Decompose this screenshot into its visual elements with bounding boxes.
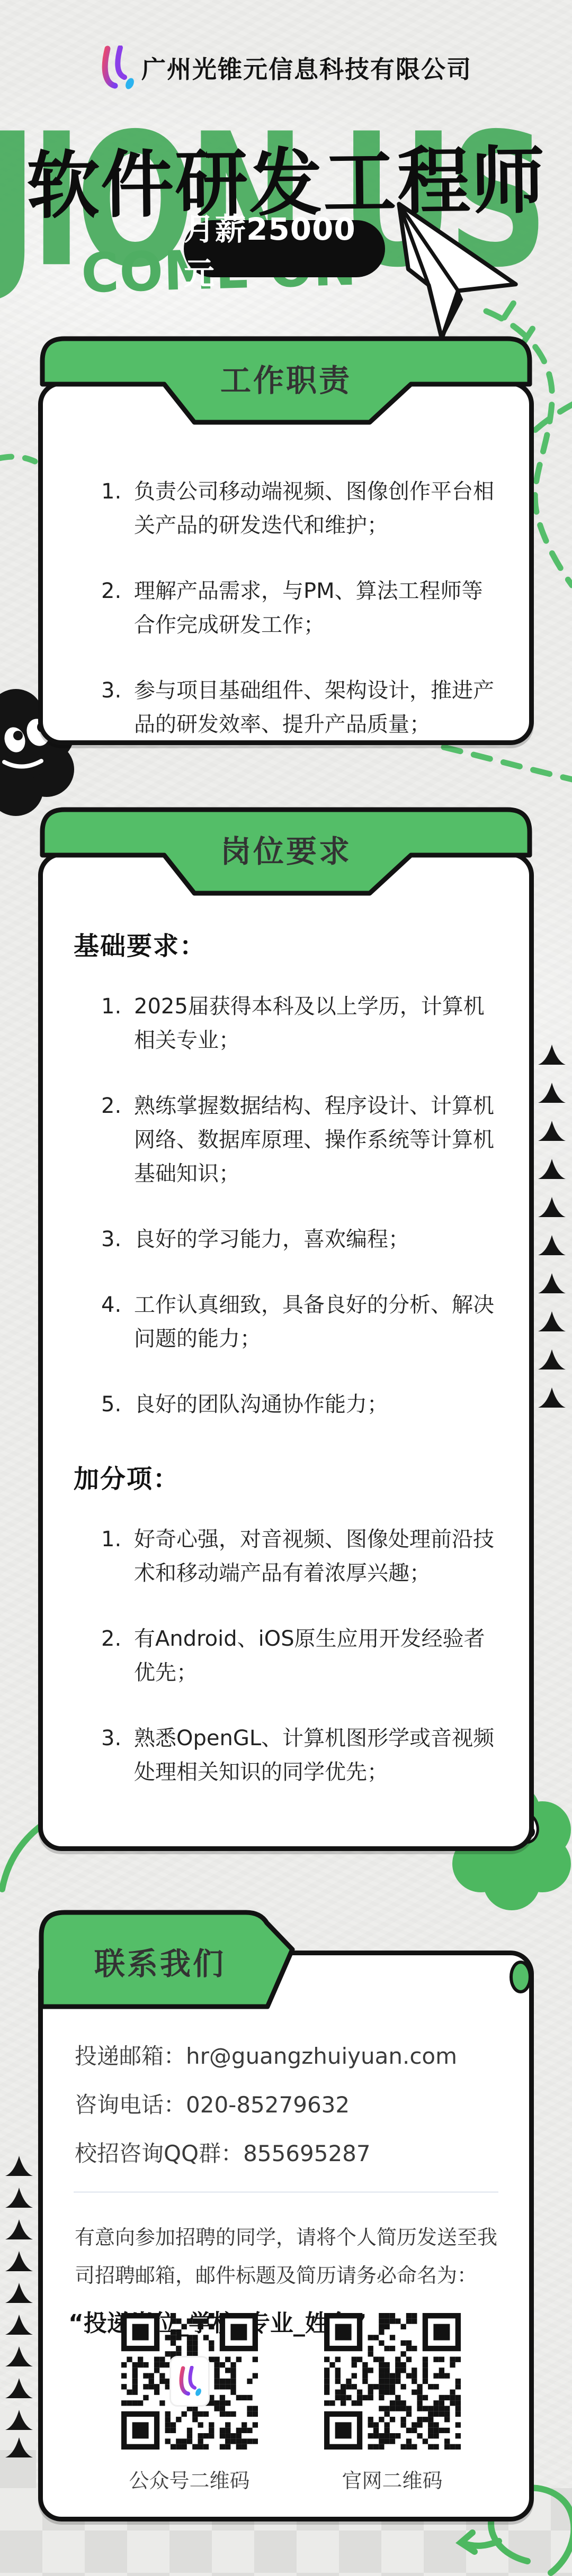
email-row: 投递邮箱：hr@guangzhuiyuan.com: [75, 2039, 529, 2071]
green-oval-decoration: [506, 1959, 538, 1996]
contact-tab-title: 联系我们: [38, 1939, 282, 1983]
list-item: 好奇心强，对音视频、图像处理前沿技术和移动端产品有着浓厚兴趣；: [101, 1522, 497, 1590]
triangle-column-right: [538, 1045, 566, 1408]
bonus-heading: 加分项：: [74, 1458, 529, 1495]
contact-rows: 投递邮箱：hr@guangzhuiyuan.com 咨询电话：020-85279…: [75, 2039, 529, 2168]
list-item: 2025届获得本科及以上学历，计算机相关专业；: [101, 990, 497, 1057]
qq-label: 校招咨询QQ群：: [75, 2140, 243, 2166]
phone-label: 咨询电话：: [75, 2092, 186, 2118]
list-item: 工作认真细致，具备良好的分析、解决问题的能力；: [101, 1288, 497, 1356]
list-item: 理解产品需求，与PM、算法工程师等合作完成研发工作；: [101, 574, 497, 642]
list-item: 良好的学习能力，喜欢编程；: [101, 1222, 497, 1256]
salary-text: 月薪25000元: [184, 204, 385, 293]
application-note: 有意向参加招聘的同学，请将个人简历发送至我司招聘邮箱，邮件标题及简历请务必命名为…: [75, 2218, 509, 2294]
qr-box-official-account: 公众号二维码: [121, 2313, 258, 2493]
list-item: 参与项目基础组件、架构设计，推进产品的研发效率、提升产品质量；: [101, 674, 497, 741]
list-item: 熟练掌握数据结构、程序设计、计算机网络、数据库原理、操作系统等计算机基础知识；: [101, 1089, 497, 1191]
list-item: 熟悉OpenGL、计算机图形学或音视频处理相关知识的同学优先；: [101, 1721, 497, 1789]
basic-requirements-heading: 基础要求：: [74, 926, 529, 962]
duties-card: 负责公司移动端视频、图像创作平台相关产品的研发迭代和维护； 理解产品需求，与PM…: [38, 381, 534, 745]
requirements-tab-title: 岗位要求: [38, 827, 534, 871]
company-logo-icon: [100, 46, 134, 90]
qq-value: 855695287: [243, 2140, 371, 2166]
basic-requirements-list: 2025届获得本科及以上学历，计算机相关专业； 熟练掌握数据结构、程序设计、计算…: [43, 990, 529, 1421]
phone-row: 咨询电话：020-85279632: [75, 2088, 529, 2119]
company-header: 广州光锥元信息科技有限公司: [0, 46, 572, 90]
duties-list: 负责公司移动端视频、图像创作平台相关产品的研发迭代和维护； 理解产品需求，与PM…: [43, 475, 529, 741]
divider: [74, 2191, 498, 2193]
qr-row: 公众号二维码 官网二维码: [43, 2313, 539, 2493]
qr-label: 公众号二维码: [129, 2464, 249, 2493]
list-item: 良好的团队沟通协作能力；: [101, 1387, 497, 1421]
contact-card: 投递邮箱：hr@guangzhuiyuan.com 咨询电话：020-85279…: [38, 1951, 534, 2521]
website-qr-code: [324, 2313, 461, 2450]
email-value[interactable]: hr@guangzhuiyuan.com: [186, 2043, 457, 2069]
email-label: 投递邮箱：: [75, 2043, 186, 2069]
qr-box-website: 官网二维码: [324, 2313, 461, 2493]
qr-center-logo: [171, 2357, 208, 2405]
bonus-list: 好奇心强，对音视频、图像处理前沿技术和移动端产品有着浓厚兴趣； 有Android…: [43, 1522, 529, 1789]
phone-value: 020-85279632: [186, 2092, 350, 2118]
company-name: 广州光锥元信息科技有限公司: [141, 50, 472, 85]
duties-tab-title: 工作职责: [38, 356, 534, 400]
salary-badge: 月薪25000元: [184, 220, 385, 277]
list-item: 负责公司移动端视频、图像创作平台相关产品的研发迭代和维护；: [101, 475, 497, 542]
requirements-card: 基础要求： 2025届获得本科及以上学历，计算机相关专业； 熟练掌握数据结构、程…: [38, 852, 534, 1851]
qr-label: 官网二维码: [342, 2464, 442, 2493]
recruitment-poster: JION US COME ON: [0, 0, 572, 2576]
list-item: 有Android、iOS原生应用开发经验者优先；: [101, 1622, 497, 1690]
qq-row: 校招咨询QQ群：855695287: [75, 2136, 529, 2168]
